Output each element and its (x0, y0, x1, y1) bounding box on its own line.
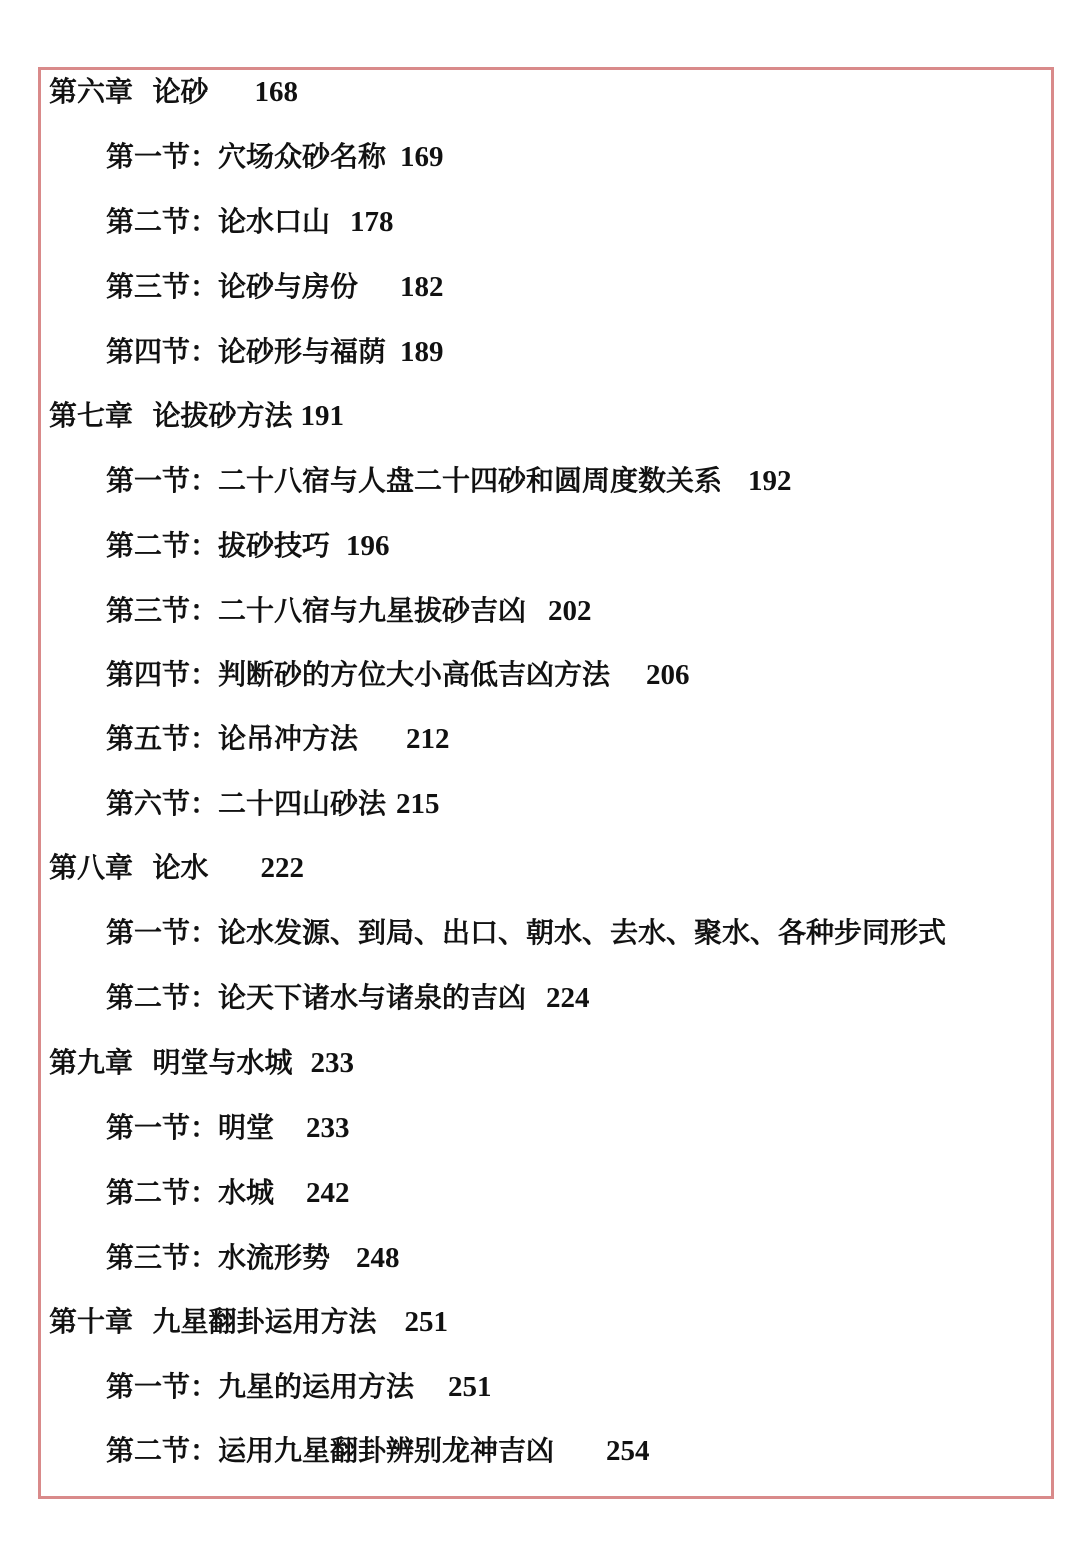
toc-section-entry[interactable]: 第三节：水流形势248 (106, 1241, 400, 1275)
toc-section-entry[interactable]: 第二节：论水口山178 (106, 205, 394, 239)
toc-section-entry[interactable]: 第五节：论吊冲方法212 (106, 722, 450, 756)
toc-entry-title: 第二节：论天下诸水与诸泉的吉凶 (106, 981, 526, 1015)
toc-entry-title: 第二节：运用九星翻卦辨别龙神吉凶 (106, 1434, 554, 1468)
toc-entry-title: 第四节：判断砂的方位大小高低吉凶方法 (106, 658, 610, 692)
toc-entry-page-number: 189 (400, 335, 444, 369)
toc-entry-page-number: 242 (306, 1176, 350, 1210)
toc-entry-title: 第八章 论水 (49, 851, 209, 885)
toc-section-entry[interactable]: 第二节：论天下诸水与诸泉的吉凶224 (106, 981, 590, 1015)
toc-chapter-entry[interactable]: 第八章 论水222 (49, 851, 304, 885)
toc-entry-page-number: 169 (400, 140, 444, 174)
toc-entry-page-number: 251 (405, 1305, 449, 1339)
toc-entry-page-number: 248 (356, 1241, 400, 1275)
toc-entry-page-number: 222 (261, 851, 305, 885)
toc-entry-page-number: 233 (306, 1111, 350, 1145)
toc-section-entry[interactable]: 第一节：二十八宿与人盘二十四砂和圆周度数关系192 (106, 464, 792, 498)
toc-entry-page-number: 202 (548, 594, 592, 628)
toc-entry-title: 第九章 明堂与水城 (49, 1046, 293, 1080)
toc-entry-title: 第二节：论水口山 (106, 205, 330, 239)
toc-entry-page-number: 191 (301, 399, 345, 433)
toc-entry-title: 第一节：穴场众砂名称 (106, 140, 386, 174)
toc-section-entry[interactable]: 第六节：二十四山砂法215 (106, 787, 440, 821)
toc-entry-page-number: 215 (396, 787, 440, 821)
toc-entry-title: 第四节：论砂形与福荫 (106, 335, 386, 369)
toc-section-entry[interactable]: 第二节：拔砂技巧196 (106, 529, 390, 563)
toc-entry-title: 第七章 论拔砂方法 (49, 399, 293, 433)
toc-entry-page-number: 192 (748, 464, 792, 498)
toc-chapter-entry[interactable]: 第六章 论砂168 (49, 75, 298, 109)
toc-entry-page-number: 224 (546, 981, 590, 1015)
toc-entry-title: 第三节：水流形势 (106, 1241, 330, 1275)
toc-entry-page-number: 212 (406, 722, 450, 756)
toc-entry-title: 第一节：论水发源、到局、出口、朝水、去水、聚水、各种步同形式 (106, 916, 946, 950)
toc-entry-page-number: 206 (646, 658, 690, 692)
toc-chapter-entry[interactable]: 第十章 九星翻卦运用方法251 (49, 1305, 448, 1339)
toc-section-entry[interactable]: 第三节：二十八宿与九星拔砂吉凶202 (106, 594, 592, 628)
toc-entry-page-number: 251 (448, 1370, 492, 1404)
toc-entry-page-number: 168 (255, 75, 299, 109)
toc-section-entry[interactable]: 第一节：九星的运用方法251 (106, 1370, 492, 1404)
toc-entry-title: 第一节：明堂 (106, 1111, 274, 1145)
toc-section-entry[interactable]: 第一节：论水发源、到局、出口、朝水、去水、聚水、各种步同形式 (106, 916, 946, 950)
toc-entry-title: 第三节：二十八宿与九星拔砂吉凶 (106, 594, 526, 628)
toc-section-entry[interactable]: 第二节：水城242 (106, 1176, 350, 1210)
toc-entry-page-number: 254 (606, 1434, 650, 1468)
toc-section-entry[interactable]: 第四节：论砂形与福荫189 (106, 335, 444, 369)
toc-section-entry[interactable]: 第一节：穴场众砂名称169 (106, 140, 444, 174)
toc-section-entry[interactable]: 第三节：论砂与房份182 (106, 270, 444, 304)
toc-entry-title: 第一节：九星的运用方法 (106, 1370, 414, 1404)
toc-entry-page-number: 233 (311, 1046, 355, 1080)
toc-entry-title: 第二节：拔砂技巧 (106, 529, 330, 563)
toc-entry-page-number: 196 (346, 529, 390, 563)
toc-entry-title: 第二节：水城 (106, 1176, 274, 1210)
toc-entry-title: 第六节：二十四山砂法 (106, 787, 386, 821)
toc-entry-title: 第十章 九星翻卦运用方法 (49, 1305, 377, 1339)
toc-entry-title: 第三节：论砂与房份 (106, 270, 358, 304)
toc-entry-page-number: 178 (350, 205, 394, 239)
toc-section-entry[interactable]: 第二节：运用九星翻卦辨别龙神吉凶254 (106, 1434, 650, 1468)
toc-entry-title: 第一节：二十八宿与人盘二十四砂和圆周度数关系 (106, 464, 722, 498)
toc-section-entry[interactable]: 第四节：判断砂的方位大小高低吉凶方法206 (106, 658, 690, 692)
toc-chapter-entry[interactable]: 第九章 明堂与水城233 (49, 1046, 354, 1080)
toc-section-entry[interactable]: 第一节：明堂233 (106, 1111, 350, 1145)
toc-entry-title: 第五节：论吊冲方法 (106, 722, 358, 756)
toc-entry-title: 第六章 论砂 (49, 75, 209, 109)
toc-entry-page-number: 182 (400, 270, 444, 304)
toc-chapter-entry[interactable]: 第七章 论拔砂方法191 (49, 399, 344, 433)
